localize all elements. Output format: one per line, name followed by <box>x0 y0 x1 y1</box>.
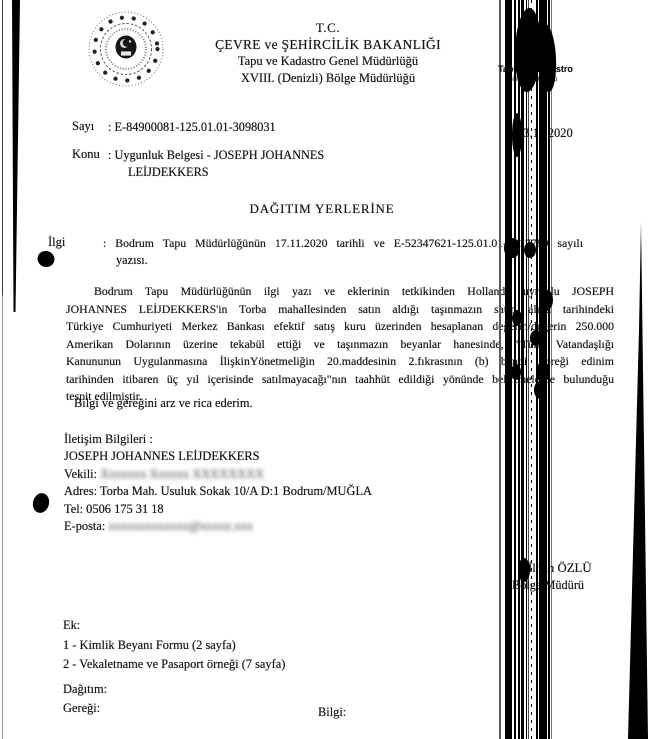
scan-edge-line-left <box>2 0 3 739</box>
attachment-item: 1 - Kimlik Beyanı Formu (2 sayfa) <box>63 636 285 656</box>
hole-punch-dot <box>31 491 52 514</box>
eposta-redacted-text: xxxxxxxxxxxxx@xxxxx.xxx <box>108 519 253 533</box>
konu-label: Konu <box>72 147 100 162</box>
scan-bar <box>521 0 524 739</box>
scan-edge-line-right <box>499 0 501 739</box>
contact-phone: Tel: 0506 175 31 18 <box>64 501 372 518</box>
ilgi-label: İlgi <box>48 235 65 250</box>
konu-value-line2: LEİJDEKKERS <box>128 165 209 180</box>
scan-bar-dotted <box>531 0 532 739</box>
vekili-label: Vekili: <box>64 467 97 481</box>
bilgi-label: Bilgi: <box>318 705 346 720</box>
eposta-label: E-posta: <box>64 519 105 533</box>
attachments-title: Ek: <box>63 616 285 636</box>
attachment-item: 2 - Vekaletname ve Pasaport örneği (7 sa… <box>63 655 285 675</box>
letterhead-directorate: Tapu ve Kadastro Genel Müdürlüğü <box>163 53 493 70</box>
closing-line: Bilgi ve gereğini arz ve rica ederim. <box>74 396 253 411</box>
attachments-block: Ek: 1 - Kimlik Beyanı Formu (2 sayfa) 2 … <box>63 616 285 675</box>
scanned-letter-page: T.C. ÇEVRE ve ŞEHİRCİLİK BAKANLIĞI Tapu … <box>0 0 650 739</box>
konu-value-line1: : Uygunluk Belgesi - JOSEPH JOHANNES <box>108 148 324 163</box>
contact-vekili-line: Vekili: Xxxxxxx Xxxxxx XXXXXXXX <box>64 466 372 483</box>
hole-punch-dot <box>35 249 56 270</box>
contact-name: JOSEPH JOHANNES LEİJDEKKERS <box>64 448 372 465</box>
scan-bar <box>548 0 550 739</box>
scan-bar <box>528 0 529 739</box>
scan-bar <box>536 0 538 739</box>
contact-block: İletişim Bilgileri : JOSEPH JOHANNES LEİ… <box>64 431 372 535</box>
recipient-line: DAĞITIM YERLERİNE <box>250 201 395 217</box>
scan-bar <box>505 0 512 739</box>
scan-bar <box>551 0 552 739</box>
letterhead-tc: T.C. <box>163 20 493 37</box>
scan-bar <box>514 0 516 739</box>
contact-title: İletişim Bilgileri : <box>64 431 372 448</box>
sayi-label: Sayı <box>72 119 94 134</box>
letterhead-regional: XVIII. (Denizli) Bölge Müdürlüğü <box>163 70 493 87</box>
ilgi-line2: yazısı. <box>116 253 148 268</box>
ministry-seal-icon <box>86 9 166 89</box>
contact-email-line: E-posta: xxxxxxxxxxxxx@xxxxx.xxx <box>64 518 372 535</box>
contact-address: Adres: Torba Mah. Usuluk Sokak 10/A D:1 … <box>64 483 372 500</box>
letterhead: T.C. ÇEVRE ve ŞEHİRCİLİK BAKANLIĞI Tapu … <box>163 20 493 86</box>
right-edge-wedge <box>628 222 648 739</box>
scan-bar <box>526 0 528 739</box>
vekili-redacted-text: Xxxxxxx Xxxxxx XXXXXXXX <box>100 467 264 481</box>
left-edge-wedge <box>12 0 20 312</box>
scan-bar <box>518 0 520 739</box>
scan-bar <box>539 0 547 739</box>
dagitim-title: Dağıtım: <box>63 682 107 697</box>
sayi-value: : E-84900081-125.01.01-3098031 <box>108 120 276 135</box>
geregi-label: Gereği: <box>63 701 100 716</box>
letterhead-ministry: ÇEVRE ve ŞEHİRCİLİK BAKANLIĞI <box>163 37 493 54</box>
